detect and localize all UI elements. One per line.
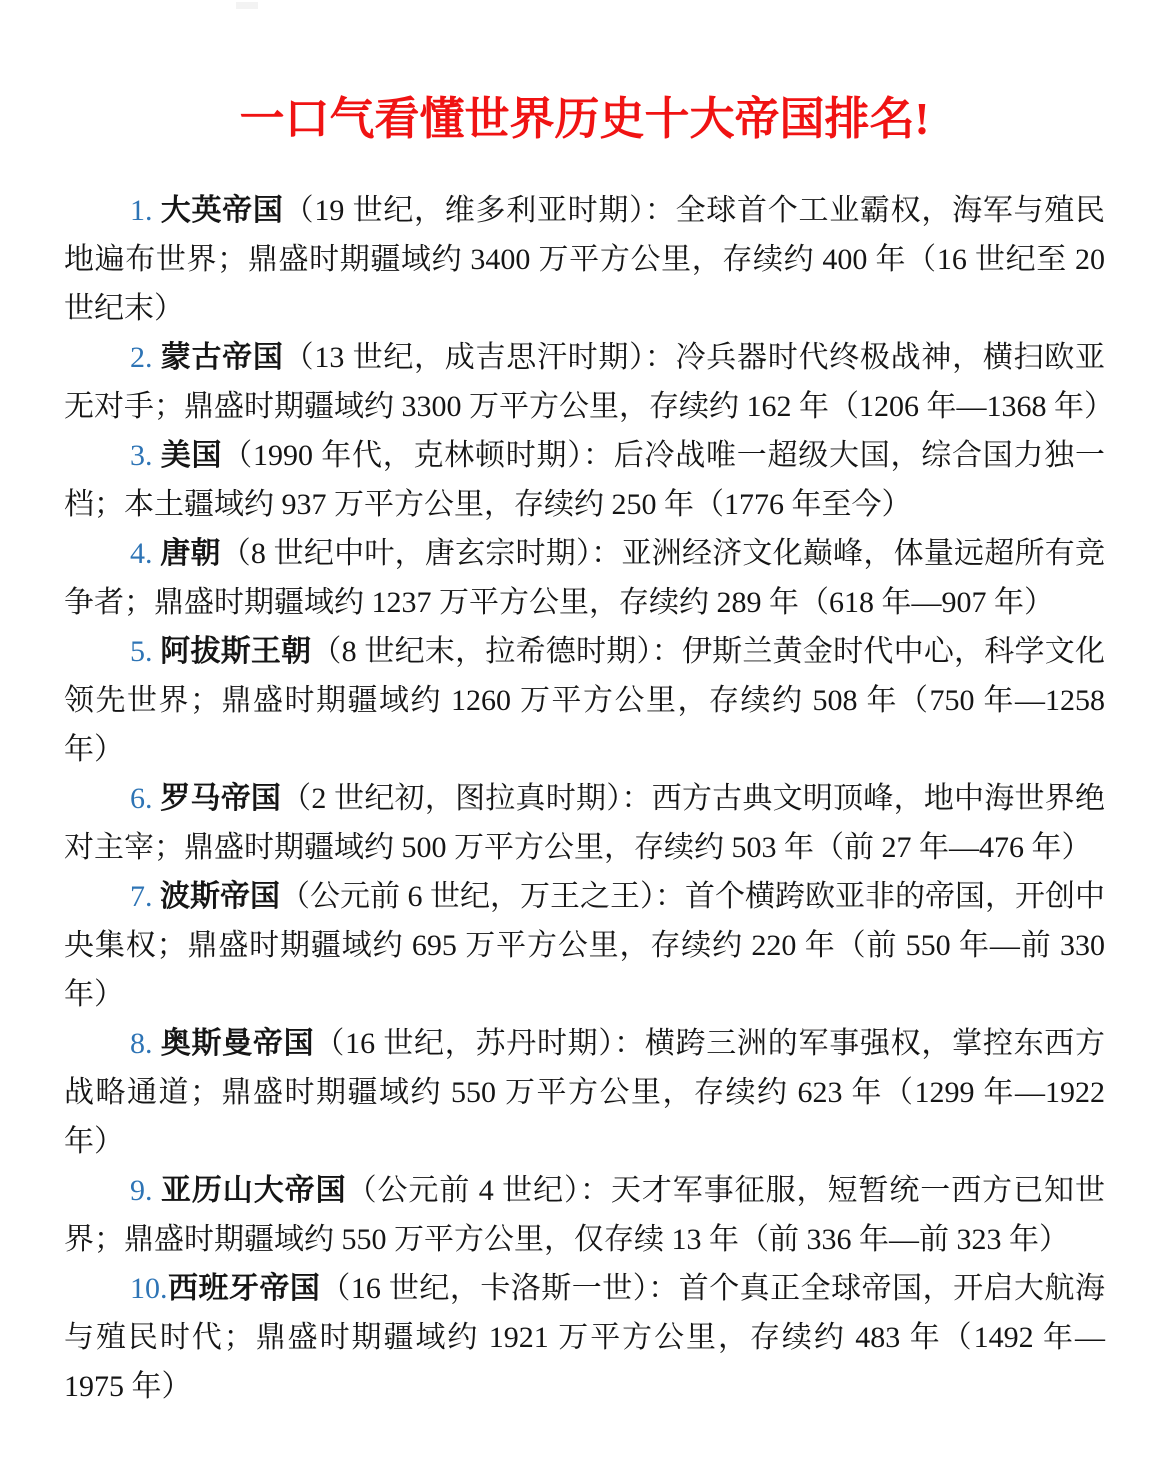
list-item: 2. 蒙古帝国（13 世纪，成吉思汗时期）：冷兵器时代终极战神，横扫欧亚无对手；… <box>64 333 1105 431</box>
item-number: 1. <box>130 194 161 227</box>
list-item: 1. 大英帝国（19 世纪，维多利亚时期）：全球首个工业霸权，海军与殖民地遍布世… <box>64 186 1105 333</box>
list-item: 6. 罗马帝国（2 世纪初，图拉真时期）：西方古典文明顶峰，地中海世界绝对主宰；… <box>64 774 1105 872</box>
item-description: （8 世纪中叶，唐玄宗时期）：亚洲经济文化巅峰，体量远超所有竞争者；鼎盛时期疆域… <box>64 537 1105 619</box>
empire-name: 罗马帝国 <box>160 782 281 815</box>
list-item: 8. 奥斯曼帝国（16 世纪，苏丹时期）：横跨三洲的军事强权，掌控东西方战略通道… <box>64 1019 1105 1166</box>
empire-name: 大英帝国 <box>161 194 284 227</box>
document-page: 一口气看懂世界历史十大帝国排名! 1. 大英帝国（19 世纪，维多利亚时期）：全… <box>0 0 1167 1411</box>
item-number: 6. <box>130 782 160 815</box>
list-item: 9. 亚历山大帝国（公元前 4 世纪）：天才军事征服，短暂统一西方已知世界；鼎盛… <box>64 1166 1105 1264</box>
empire-name: 波斯帝国 <box>160 880 280 913</box>
empire-name: 亚历山大帝国 <box>161 1174 347 1207</box>
item-number: 4. <box>130 537 160 570</box>
empire-name: 奥斯曼帝国 <box>161 1027 315 1060</box>
item-number: 2. <box>130 341 161 374</box>
item-number: 3. <box>130 439 161 472</box>
item-number: 10. <box>130 1272 168 1305</box>
empire-name: 美国 <box>161 439 223 472</box>
empire-name: 蒙古帝国 <box>161 341 284 374</box>
page-title: 一口气看懂世界历史十大帝国排名! <box>64 92 1105 146</box>
empire-name: 西班牙帝国 <box>168 1272 321 1305</box>
item-number: 5. <box>130 635 160 668</box>
list-item: 4. 唐朝（8 世纪中叶，唐玄宗时期）：亚洲经济文化巅峰，体量远超所有竞争者；鼎… <box>64 529 1105 627</box>
list-item: 5. 阿拔斯王朝（8 世纪末，拉希德时期）：伊斯兰黄金时代中心，科学文化领先世界… <box>64 627 1105 774</box>
empire-name: 阿拔斯王朝 <box>160 635 311 668</box>
scan-artifact <box>236 2 258 9</box>
empire-name: 唐朝 <box>160 537 220 570</box>
list-item: 3. 美国（1990 年代，克林顿时期）：后冷战唯一超级大国，综合国力独一档；本… <box>64 431 1105 529</box>
item-number: 9. <box>130 1174 161 1207</box>
item-number: 8. <box>130 1027 161 1060</box>
item-number: 7. <box>130 880 160 913</box>
list-item: 10.西班牙帝国（16 世纪，卡洛斯一世）：首个真正全球帝国，开启大航海与殖民时… <box>64 1264 1105 1411</box>
list-item: 7. 波斯帝国（公元前 6 世纪，万王之王）：首个横跨欧亚非的帝国，开创中央集权… <box>64 872 1105 1019</box>
